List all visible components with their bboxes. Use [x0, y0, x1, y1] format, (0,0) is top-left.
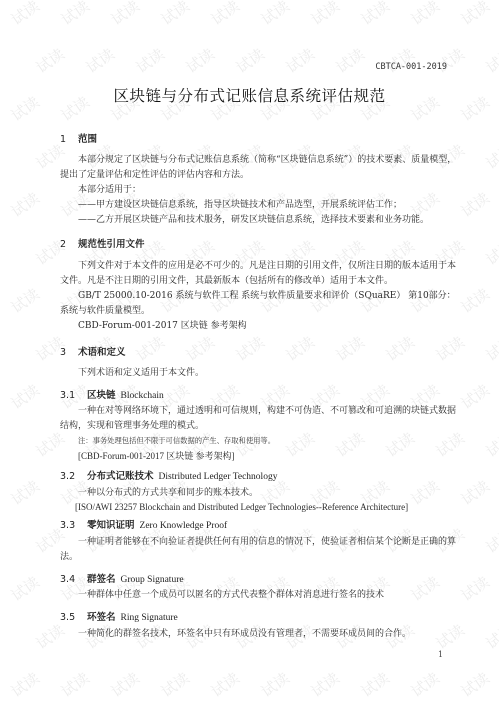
watermark-text: 试读 — [32, 43, 69, 77]
watermark-text: 试读 — [157, 667, 194, 701]
watermark-text: 试读 — [482, 139, 499, 173]
watermark-text: 试读 — [7, 283, 44, 317]
watermark-text: 试读 — [7, 187, 44, 221]
watermark-text: 试读 — [57, 0, 94, 30]
section-heading-normative-references: 2规范性引用文件 — [60, 236, 145, 250]
term-cn: 环签名 — [87, 612, 116, 623]
term-cn: 群签名 — [87, 574, 116, 585]
section-number: 3 — [60, 347, 78, 358]
term-heading-blockchain: 3.1区块链Blockchain — [60, 387, 164, 401]
term-definition: 一种简化的群签名技术，环签名中只有环成员没有管理者，不需要环成员间的合作。 — [60, 627, 460, 642]
watermark-text: 试读 — [457, 571, 494, 605]
watermark-text: 试读 — [107, 667, 144, 701]
watermark-text: 试读 — [432, 331, 469, 365]
term-en: Blockchain — [121, 391, 164, 401]
watermark-text: 试读 — [207, 0, 244, 30]
term-en: Ring Signature — [121, 613, 178, 623]
watermark-text: 试读 — [257, 0, 294, 30]
watermark-text: 试读 — [257, 667, 294, 701]
watermark-text: 试读 — [7, 0, 44, 30]
section-heading-terms: 3术语和定义 — [60, 344, 126, 358]
watermark-text: 试读 — [382, 43, 419, 77]
watermark-text: 试读 — [407, 667, 444, 701]
paragraph: 下列文件对于本文件的应用是必不可少的。凡是注日期的引用文件，仅所注日期的版本适用… — [60, 259, 460, 289]
watermark-text: 试读 — [157, 0, 194, 30]
watermark-text: 试读 — [332, 331, 369, 365]
watermark-text: 试读 — [282, 331, 319, 365]
watermark-text: 试读 — [457, 0, 494, 30]
watermark-text: 试读 — [457, 475, 494, 509]
term-en: Distributed Ledger Technology — [159, 472, 278, 482]
term-en: Group Signature — [121, 575, 184, 585]
watermark-text: 试读 — [482, 43, 499, 77]
watermark-text: 试读 — [7, 571, 44, 605]
list-item: ——乙方开展区块链产品和技术服务，研发区块链信息系统，选择技术要素和业务功能。 — [60, 213, 460, 228]
document-code: CBTCA-001-2019 — [375, 62, 447, 72]
watermark-text: 试读 — [282, 43, 319, 77]
paragraph: 本部分规定了区块链与分布式记账信息系统（简称“区块链信息系统”）的技术要素、质量… — [60, 153, 460, 183]
watermark-text: 试读 — [182, 331, 219, 365]
watermark-text: 试读 — [482, 523, 499, 557]
term-source: [CBD-Forum-001-2017 区块链 参考架构] — [78, 449, 235, 462]
section-number: 1 — [60, 134, 78, 145]
watermark-text: 试读 — [357, 667, 394, 701]
term-definition: 一种群体中任意一个成员可以匿名的方式代表整个群体对消息进行签名的技术 — [60, 588, 460, 603]
watermark-text: 试读 — [7, 379, 44, 413]
section-number: 2 — [60, 239, 78, 250]
watermark-text: 试读 — [382, 331, 419, 365]
list-item: ——甲方建设区块链信息系统，指导区块链技术和产品选型，开展系统评估工作； — [60, 198, 460, 213]
watermark-text: 试读 — [132, 43, 169, 77]
term-heading-ring-signature: 3.5环签名Ring Signature — [60, 609, 178, 623]
watermark-text: 试读 — [482, 331, 499, 365]
section-title: 术语和定义 — [78, 347, 126, 358]
term-number: 3.1 — [60, 390, 87, 401]
watermark-text: 试读 — [482, 619, 499, 653]
term-heading-group-signature: 3.4群签名Group Signature — [60, 571, 184, 585]
reference-item: GB/T 25000.10-2016 系统与软件工程 系统与软件质量要求和评价（… — [60, 289, 460, 319]
term-source: [ISO/AWI 23257 Blockchain and Distribute… — [75, 502, 408, 512]
watermark-text: 试读 — [307, 0, 344, 30]
watermark-text: 试读 — [182, 43, 219, 77]
watermark-text: 试读 — [482, 235, 499, 269]
watermark-text: 试读 — [357, 0, 394, 30]
watermark-text: 试读 — [432, 43, 469, 77]
section-heading-scope: 1范围 — [60, 131, 97, 145]
watermark-text: 试读 — [457, 187, 494, 221]
section-title: 范围 — [78, 134, 97, 145]
watermark-text: 试读 — [332, 43, 369, 77]
paragraph: 下列术语和定义适用于本文件。 — [60, 366, 460, 381]
watermark-text: 试读 — [107, 0, 144, 30]
term-cn: 区块链 — [87, 390, 116, 401]
watermark-text: 试读 — [457, 283, 494, 317]
term-definition: 一种证明者能够在不向验证者提供任何有用的信息的情况下，使验证者相信某个论断是正确… — [60, 535, 460, 565]
term-number: 3.4 — [60, 574, 87, 585]
term-definition: 一种在对等网络环境下，通过透明和可信规则，构建不可伪造、不可篡改和可追溯的块链式… — [60, 404, 460, 434]
term-cn: 分布式记账技术 — [87, 471, 154, 482]
reference-item: CBD-Forum-001-2017 区块链 参考架构 — [60, 319, 460, 334]
term-cn: 零知识证明 — [87, 520, 135, 531]
term-heading-dlt: 3.2分布式记账技术Distributed Ledger Technology — [60, 468, 277, 482]
watermark-text: 试读 — [232, 43, 269, 77]
term-en: Zero Knowledge Proof — [140, 521, 228, 531]
watermark-text: 试读 — [457, 667, 494, 701]
watermark-text: 试读 — [82, 43, 119, 77]
watermark-text: 试读 — [207, 667, 244, 701]
watermark-text: 试读 — [407, 0, 444, 30]
watermark-text: 试读 — [132, 331, 169, 365]
watermark-text: 试读 — [232, 331, 269, 365]
term-number: 3.5 — [60, 612, 87, 623]
document-title: 区块链与分布式记账信息系统评估规范 — [0, 84, 499, 106]
term-number: 3.3 — [60, 520, 87, 531]
term-note: 注：事务处理包括但不限于可信数据的产生、存取和使用等。 — [78, 436, 275, 446]
term-heading-zkp: 3.3零知识证明Zero Knowledge Proof — [60, 517, 227, 531]
paragraph: 本部分适用于： — [60, 183, 460, 198]
section-title: 规范性引用文件 — [78, 239, 145, 250]
watermark-text: 试读 — [57, 667, 94, 701]
watermark-text: 试读 — [307, 667, 344, 701]
watermark-text: 试读 — [482, 427, 499, 461]
term-number: 3.2 — [60, 471, 87, 482]
term-definition: 一种以分布式的方式共享和同步的账本技术。 — [60, 486, 460, 501]
watermark-text: 试读 — [457, 379, 494, 413]
watermark-text: 试读 — [7, 667, 44, 701]
watermark-text: 试读 — [7, 475, 44, 509]
page-number: 1 — [438, 650, 443, 659]
